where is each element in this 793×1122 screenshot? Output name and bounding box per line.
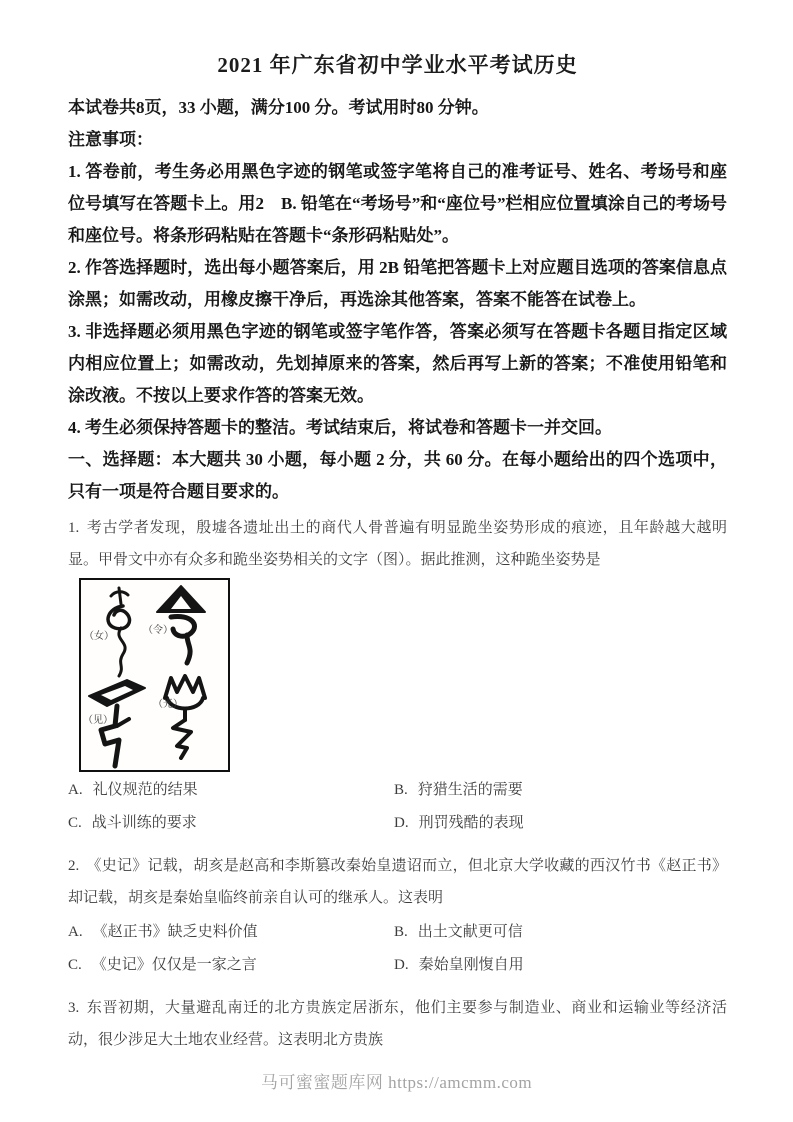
option-label: A.	[68, 924, 83, 940]
q1-option-a: A.礼仪规范的结果	[68, 780, 394, 801]
notice-item-4: 4. 考生必须保持答题卡的整洁。考试结束后，将试卷和答题卡一并交回。	[68, 412, 727, 444]
question-2: 2.《史记》记载，胡亥是赵高和李斯篡改秦始皇遗诏而立，但北京大学收藏的西汉竹书《…	[68, 850, 727, 976]
option-label: C.	[68, 815, 82, 831]
notice-item-2: 2. 作答选择题时，选出每小题答案后，用 2B 铅笔把答题卡上对应题目选项的答案…	[68, 252, 727, 316]
question-3-number: 3.	[68, 1000, 79, 1016]
q1-option-d: D.刑罚残酷的表现	[394, 813, 727, 834]
q2-option-b: B.出土文献更可信	[394, 922, 727, 943]
question-1: 1.考古学者发现，殷墟各遗址出土的商代人骨普遍有明显跪坐姿势形成的痕迹，且年龄越…	[68, 512, 727, 834]
section-one-header: 一、选择题：本大题共 30 小题，每小题 2 分，共 60 分。在每小题给出的四…	[68, 444, 727, 508]
q2-option-c: C.《史记》仅仅是一家之言	[68, 955, 394, 976]
paper-meta: 本试卷共8页，33 小题，满分100 分。考试用时80 分钟。	[68, 92, 727, 124]
q2-option-d: D.秦始皇刚愎自用	[394, 955, 727, 976]
option-text: 秦始皇刚愎自用	[419, 957, 524, 973]
q1-option-b: B.狩猎生活的需要	[394, 780, 727, 801]
option-label: C.	[68, 957, 82, 973]
oracle-label-nv: （女）	[84, 632, 114, 642]
option-text: 礼仪规范的结果	[93, 782, 198, 798]
question-2-number: 2.	[68, 858, 79, 874]
option-label: B.	[394, 924, 408, 940]
option-label: D.	[394, 815, 409, 831]
oracle-character-guang	[159, 674, 211, 760]
exam-paper-page: 2021 年广东省初中学业水平考试历史 本试卷共8页，33 小题，满分100 分…	[0, 0, 793, 1122]
q1-option-c: C.战斗训练的要求	[68, 813, 394, 834]
notice-item-1: 1. 答卷前，考生务必用黑色字迹的钢笔或签字笔将自己的准考证号、姓名、考场号和座…	[68, 156, 727, 252]
oracle-label-ling: （令）	[143, 626, 173, 636]
question-1-number: 1.	[68, 520, 79, 536]
option-text: 刑罚残酷的表现	[419, 815, 524, 831]
option-text: 《赵正书》缺乏史料价值	[93, 924, 258, 940]
q1-oracle-bone-figure: （女） （令） （见）	[79, 578, 230, 772]
option-label: D.	[394, 957, 409, 973]
question-2-stem-text: 《史记》记载，胡亥是赵高和李斯篡改秦始皇遗诏而立，但北京大学收藏的西汉竹书《赵正…	[68, 858, 727, 906]
option-text: 战斗训练的要求	[92, 815, 197, 831]
question-1-stem-text: 考古学者发现，殷墟各遗址出土的商代人骨普遍有明显跪坐姿势形成的痕迹，且年龄越大越…	[68, 520, 727, 568]
question-1-options: A.礼仪规范的结果 B.狩猎生活的需要 C.战斗训练的要求 D.刑罚残酷的表现	[68, 780, 727, 834]
oracle-label-jian: （见）	[83, 716, 113, 726]
option-text: 出土文献更可信	[418, 924, 523, 940]
notice-item-3: 3. 非选择题必须用黑色字迹的钢笔或签字笔作答，答案必须写在答题卡各题目指定区域…	[68, 316, 727, 412]
question-3-stem: 3.东晋初期，大量避乱南迁的北方贵族定居浙东，他们主要参与制造业、商业和运输业等…	[68, 992, 727, 1056]
option-text: 狩猎生活的需要	[418, 782, 523, 798]
q2-option-a: A.《赵正书》缺乏史料价值	[68, 922, 394, 943]
question-2-stem: 2.《史记》记载，胡亥是赵高和李斯篡改秦始皇遗诏而立，但北京大学收藏的西汉竹书《…	[68, 850, 727, 914]
option-text: 《史记》仅仅是一家之言	[92, 957, 257, 973]
option-label: A.	[68, 782, 83, 798]
question-1-stem: 1.考古学者发现，殷墟各遗址出土的商代人骨普遍有明显跪坐姿势形成的痕迹，且年龄越…	[68, 512, 727, 576]
notice-heading: 注意事项：	[68, 124, 727, 156]
question-3: 3.东晋初期，大量避乱南迁的北方贵族定居浙东，他们主要参与制造业、商业和运输业等…	[68, 992, 727, 1056]
site-footer-watermark: 马可蜜蜜题库网 https://amcmm.com	[0, 1068, 793, 1093]
oracle-label-guang: （光）	[153, 700, 183, 710]
question-3-stem-text: 东晋初期，大量避乱南迁的北方贵族定居浙东，他们主要参与制造业、商业和运输业等经济…	[68, 1000, 727, 1048]
exam-title: 2021 年广东省初中学业水平考试历史	[68, 50, 727, 80]
question-2-options: A.《赵正书》缺乏史料价值 B.出土文献更可信 C.《史记》仅仅是一家之言 D.…	[68, 922, 727, 976]
option-label: B.	[394, 782, 408, 798]
